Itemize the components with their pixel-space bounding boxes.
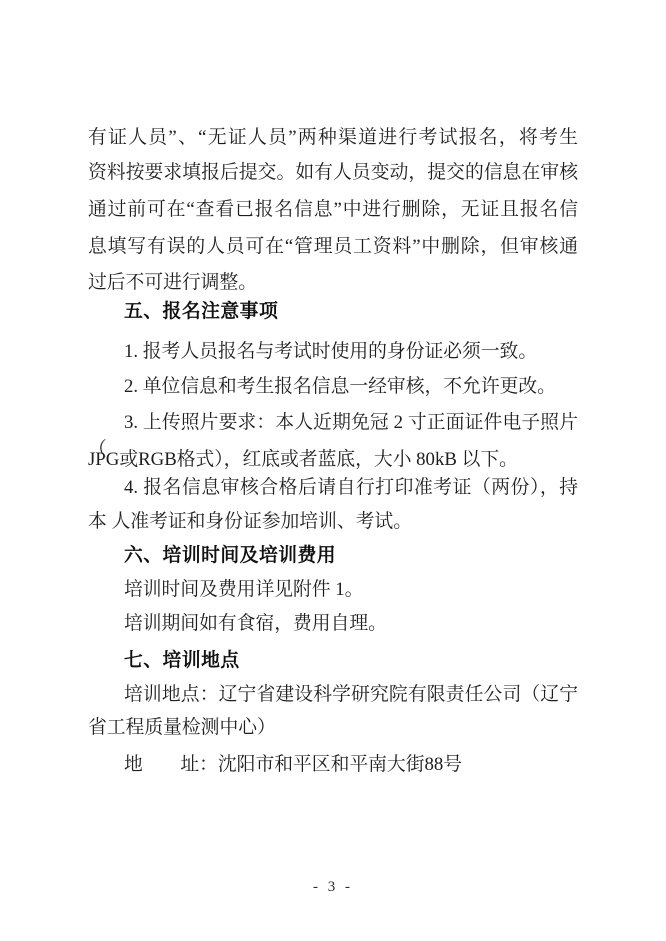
section-six-line: 培训时间及费用详见附件 1。	[88, 576, 578, 603]
intro-paragraph-line: 通过前可在“查看已报名信息”中进行删除，无证且报名信	[88, 196, 578, 223]
section-seven-line: 省工程质量检测中心）	[88, 714, 578, 741]
section-seven-heading: 七、培训地点	[88, 646, 578, 673]
section-five-heading: 五、报名注意事项	[88, 297, 578, 324]
intro-paragraph-line: 资料按要求填报后提交。如有人员变动，提交的信息在审核	[88, 159, 578, 186]
section-six-line: 培训期间如有食宿，费用自理。	[88, 610, 578, 637]
section-five-item-line: 1. 报考人员报名与考试时使用的身份证必须一致。	[88, 338, 578, 365]
section-five-item-line: 本 人准考证和身份证参加培训、考试。	[88, 508, 578, 535]
section-five-item-line: 2. 单位信息和考生报名信息一经审核，不允许更改。	[88, 373, 578, 400]
intro-paragraph-line: 过后不可进行调整。	[88, 269, 578, 296]
section-seven-line: 地 址：沈阳市和平区和平南大街88号	[88, 751, 578, 778]
intro-paragraph-line: 有证人员”、“无证人员”两种渠道进行考试报名，将考生	[88, 124, 578, 151]
intro-paragraph-line: 息填写有误的人员可在“管理员工资料”中删除，但审核通	[88, 233, 578, 260]
section-five-item-line: 4. 报名信息审核合格后请自行打印准考证（两份），持	[88, 474, 578, 501]
section-five-item-line: 3. 上传照片要求：本人近期免冠 2 寸正面证件电子照片（	[88, 409, 578, 436]
section-six-heading: 六、培训时间及培训费用	[88, 541, 578, 568]
document-page: 有证人员”、“无证人员”两种渠道进行考试报名，将考生 资料按要求填报后提交。如有…	[0, 0, 666, 941]
section-five-item-line: JPG或RGB格式），红底或者蓝底，大小 80kB 以下。	[88, 446, 578, 473]
section-seven-line: 培训地点：辽宁省建设科学研究院有限责任公司（辽宁	[88, 681, 578, 708]
page-number: - 3 -	[0, 878, 666, 896]
